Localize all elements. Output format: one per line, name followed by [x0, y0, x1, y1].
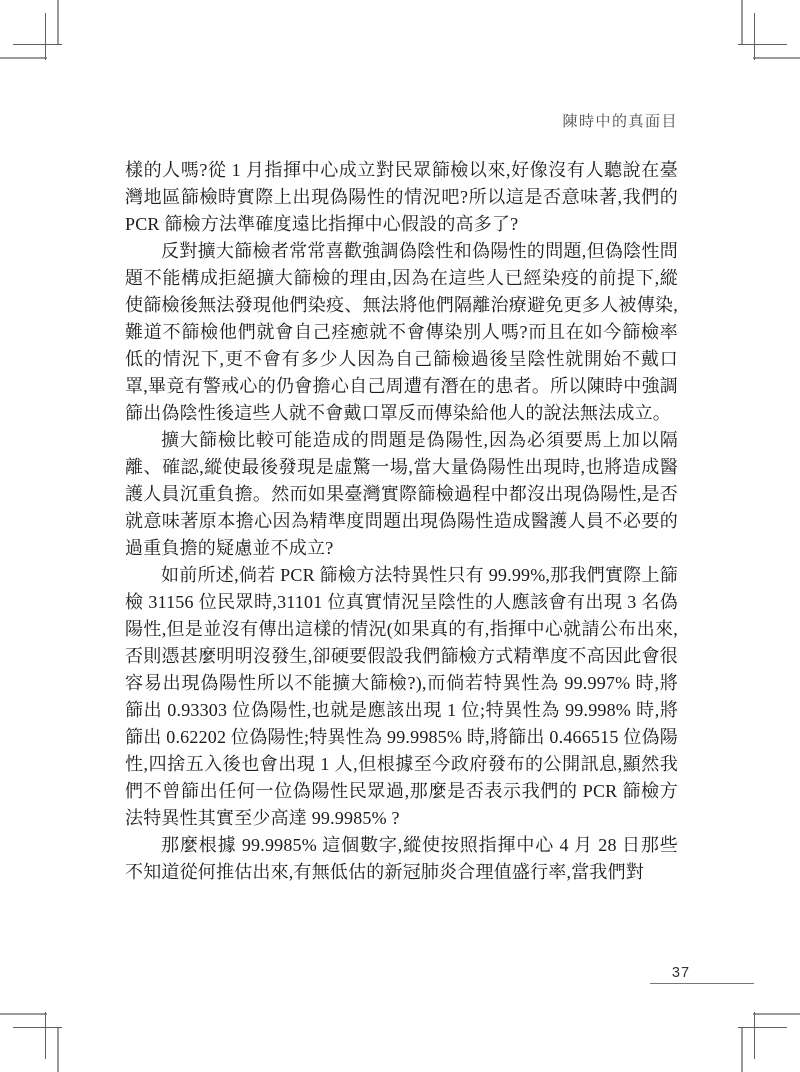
crop-mark-line [741, 1028, 743, 1072]
paragraph-1: 樣的人嗎?從 1 月指揮中心成立對民眾篩檢以來,好像沒有人聽說在臺灣地區篩檢時實… [125, 157, 678, 238]
crop-mark-line [13, 1027, 62, 1028]
crop-mark-line [13, 44, 62, 45]
crop-mark-line [741, 0, 743, 44]
page-number: 37 [664, 965, 698, 981]
crop-mark-line [57, 1028, 59, 1072]
paragraph-5: 那麼根據 99.9985% 這個數字,縱使按照指揮中心 4 月 28 日那些不知… [125, 832, 678, 886]
book-page: 陳時中的真面目 樣的人嗎?從 1 月指揮中心成立對民眾篩檢以來,好像沒有人聽說在… [0, 0, 800, 1072]
crop-mark-line [45, 13, 46, 60]
crop-mark-line [0, 1013, 47, 1015]
crop-mark-line [0, 57, 47, 59]
running-head-title: 陳時中的真面目 [125, 110, 678, 131]
paragraph-2: 反對擴大篩檢者常常喜歡強調偽陰性和偽陽性的問題,但偽陰性問題不能構成拒絕擴大篩檢… [125, 238, 678, 427]
folio-rule [650, 983, 754, 984]
page-body-text: 樣的人嗎?從 1 月指揮中心成立對民眾篩檢以來,好像沒有人聽說在臺灣地區篩檢時實… [125, 157, 678, 886]
crop-mark-line [738, 44, 787, 45]
crop-mark-line [754, 1012, 755, 1059]
crop-mark-line [753, 57, 800, 59]
folio: 37 [650, 965, 754, 984]
crop-mark-line [57, 0, 59, 44]
crop-mark-line [753, 1013, 800, 1015]
paragraph-3: 擴大篩檢比較可能造成的問題是偽陽性,因為必須要馬上加以隔離、確認,縱使最後發現是… [125, 427, 678, 562]
paragraph-4: 如前所述,倘若 PCR 篩檢方法特異性只有 99.99%,那我們實際上篩檢 31… [125, 562, 678, 832]
crop-mark-line [45, 1012, 46, 1059]
crop-mark-line [738, 1027, 787, 1028]
crop-mark-line [754, 13, 755, 60]
